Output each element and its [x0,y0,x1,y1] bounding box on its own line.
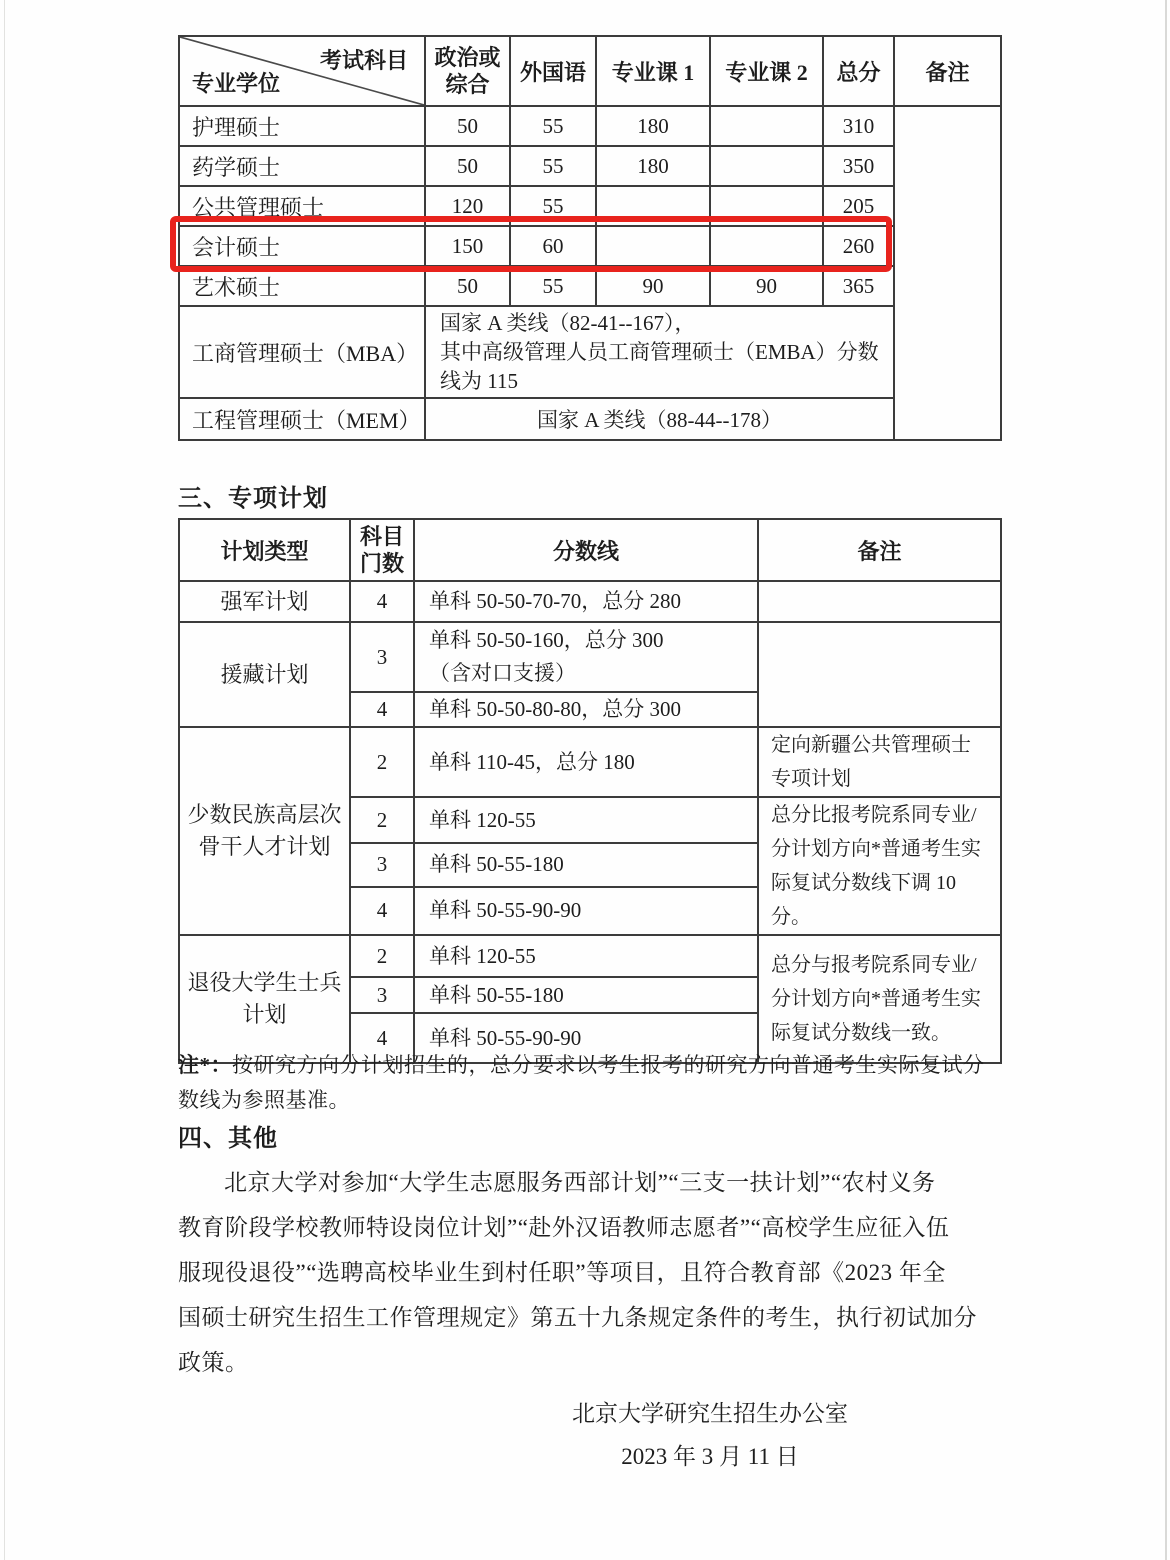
mba-row: 工商管理硕士（MBA） 国家 A 类线（82-41--167）， 其中高级管理人… [179,306,1001,398]
section4-paragraph: 北京大学对参加“大学生志愿服务西部计划”“三支一扶计划”“农村义务 教育阶段学校… [178,1160,1000,1385]
special-plan-table-wrap: 计划类型 科目 门数 分数线 备注 强军计划 4 单科 50-50-70-70，… [178,518,1002,1064]
cell-foreign: 55 [510,186,596,226]
degree-name: 会计硕士 [179,226,425,266]
signature-org: 北京大学研究生招生办公室 [500,1392,920,1435]
subject-count: 3 [350,622,414,692]
mem-score-line: 国家 A 类线（88-44--178） [425,398,894,440]
degree-name: 工商管理硕士（MBA） [179,306,425,398]
subject-count: 4 [350,887,414,935]
score-line: 单科 50-55-180 [414,977,758,1013]
signature-block: 北京大学研究生招生办公室 2023 年 3 月 11 日 [500,1392,920,1478]
page-edge-right [1165,0,1167,1560]
cell-major1: 180 [596,146,710,186]
remarks-merged-cell [894,106,1001,440]
plan-name: 强军计划 [179,581,350,622]
cell-major2 [710,226,823,266]
document-page: 考试科目 专业学位 政治或 综合 外国语 专业课 1 专业课 2 总分 备注 护… [0,0,1170,1560]
section3-title: 三、专项计划 [178,478,328,513]
cell-total: 260 [823,226,894,266]
cell-major1: 90 [596,266,710,306]
footnote: 注*：按研究方向分计划招生的，总分要求以考生报考的研究方向普通考生实际复试分 数… [178,1048,1002,1118]
table-row-highlighted: 会计硕士 150 60 260 [179,226,1001,266]
section4-title: 四、其他 [178,1118,278,1153]
cell-major1 [596,186,710,226]
cell-total: 350 [823,146,894,186]
degree-name: 工程管理硕士（MEM） [179,398,425,440]
table-row: 药学硕士 50 55 180 350 [179,146,1001,186]
cell-total: 205 [823,186,894,226]
signature-date: 2023 年 3 月 11 日 [500,1435,920,1478]
plan-remark: 总分与报考院系同专业/ 分计划方向*普通考生实 际复试分数线一致。 [758,935,1001,1063]
mem-row: 工程管理硕士（MEM） 国家 A 类线（88-44--178） [179,398,1001,440]
footnote-text: 按研究方向分计划招生的，总分要求以考生报考的研究方向普通考生实际复试分 数线为参… [178,1053,985,1112]
plan-remark: 定向新疆公共管理硕士 专项计划 [758,727,1001,797]
page-edge-left [4,0,5,1560]
subject-count: 3 [350,843,414,887]
header-row: 考试科目 专业学位 政治或 综合 外国语 专业课 1 专业课 2 总分 备注 [179,36,1001,106]
cell-total: 310 [823,106,894,146]
header-degree-type: 专业学位 [192,67,280,98]
header-total-score: 总分 [823,36,894,106]
plan-name: 援藏计划 [179,622,350,727]
plan-name: 少数民族高层次 骨干人才计划 [179,727,350,935]
cell-major2 [710,106,823,146]
plan-row: 退役大学生士兵 计划 2 单科 120-55 总分与报考院系同专业/ 分计划方向… [179,935,1001,977]
score-line: 单科 110-45，总分 180 [414,727,758,797]
header-remarks: 备注 [758,519,1001,581]
cell-politics: 50 [425,146,510,186]
score-line: 单科 50-50-70-70，总分 280 [414,581,758,622]
cell-major1 [596,226,710,266]
score-line: 单科 50-50-80-80，总分 300 [414,692,758,727]
header-plan-type: 计划类型 [179,519,350,581]
header-foreign-language: 外国语 [510,36,596,106]
cell-politics: 150 [425,226,510,266]
cell-major1: 180 [596,106,710,146]
plan-remark [758,581,1001,622]
header-subject-count: 科目 门数 [350,519,414,581]
plan-remark: 总分比报考院系同专业/ 分计划方向*普通考生实 际复试分数线下调 10 分。 [758,797,1001,935]
table-row: 公共管理硕士 120 55 205 [179,186,1001,226]
degree-score-table-wrap: 考试科目 专业学位 政治或 综合 外国语 专业课 1 专业课 2 总分 备注 护… [178,35,1002,441]
subject-count: 4 [350,692,414,727]
subject-count: 2 [350,727,414,797]
score-line: 单科 50-55-180 [414,843,758,887]
degree-name: 药学硕士 [179,146,425,186]
header-remarks: 备注 [894,36,1001,106]
mba-score-line: 国家 A 类线（82-41--167）， 其中高级管理人员工商管理硕士（EMBA… [425,306,894,398]
degree-name: 护理硕士 [179,106,425,146]
cell-foreign: 55 [510,266,596,306]
header-major-course-2: 专业课 2 [710,36,823,106]
plan-row: 援藏计划 3 单科 50-50-160，总分 300 （含对口支援） [179,622,1001,692]
degree-name: 公共管理硕士 [179,186,425,226]
cell-foreign: 55 [510,106,596,146]
score-line: 单科 120-55 [414,935,758,977]
cell-major2: 90 [710,266,823,306]
degree-name: 艺术硕士 [179,266,425,306]
footnote-label: 注*： [178,1053,232,1077]
subject-count: 4 [350,581,414,622]
header-exam-subjects: 考试科目 [320,44,408,75]
plan-remark [758,622,1001,727]
score-line: 单科 50-55-90-90 [414,887,758,935]
cell-foreign: 55 [510,146,596,186]
plan-row: 少数民族高层次 骨干人才计划 2 单科 110-45，总分 180 定向新疆公共… [179,727,1001,797]
header-score-line: 分数线 [414,519,758,581]
cell-major2 [710,186,823,226]
score-line: 单科 50-50-160，总分 300 （含对口支援） [414,622,758,692]
cell-politics: 50 [425,106,510,146]
header-row: 计划类型 科目 门数 分数线 备注 [179,519,1001,581]
table-row: 护理硕士 50 55 180 310 [179,106,1001,146]
subject-count: 2 [350,797,414,843]
plan-name: 退役大学生士兵 计划 [179,935,350,1063]
cell-major2 [710,146,823,186]
degree-score-table: 考试科目 专业学位 政治或 综合 外国语 专业课 1 专业课 2 总分 备注 护… [178,35,1002,441]
table-row: 艺术硕士 50 55 90 90 365 [179,266,1001,306]
subject-count: 2 [350,935,414,977]
special-plan-table: 计划类型 科目 门数 分数线 备注 强军计划 4 单科 50-50-70-70，… [178,518,1002,1064]
cell-politics: 120 [425,186,510,226]
cell-politics: 50 [425,266,510,306]
header-politics: 政治或 综合 [425,36,510,106]
plan-row: 强军计划 4 单科 50-50-70-70，总分 280 [179,581,1001,622]
score-line: 单科 120-55 [414,797,758,843]
cell-total: 365 [823,266,894,306]
subject-count: 3 [350,977,414,1013]
cell-foreign: 60 [510,226,596,266]
diagonal-header-cell: 考试科目 专业学位 [179,36,425,106]
header-major-course-1: 专业课 1 [596,36,710,106]
